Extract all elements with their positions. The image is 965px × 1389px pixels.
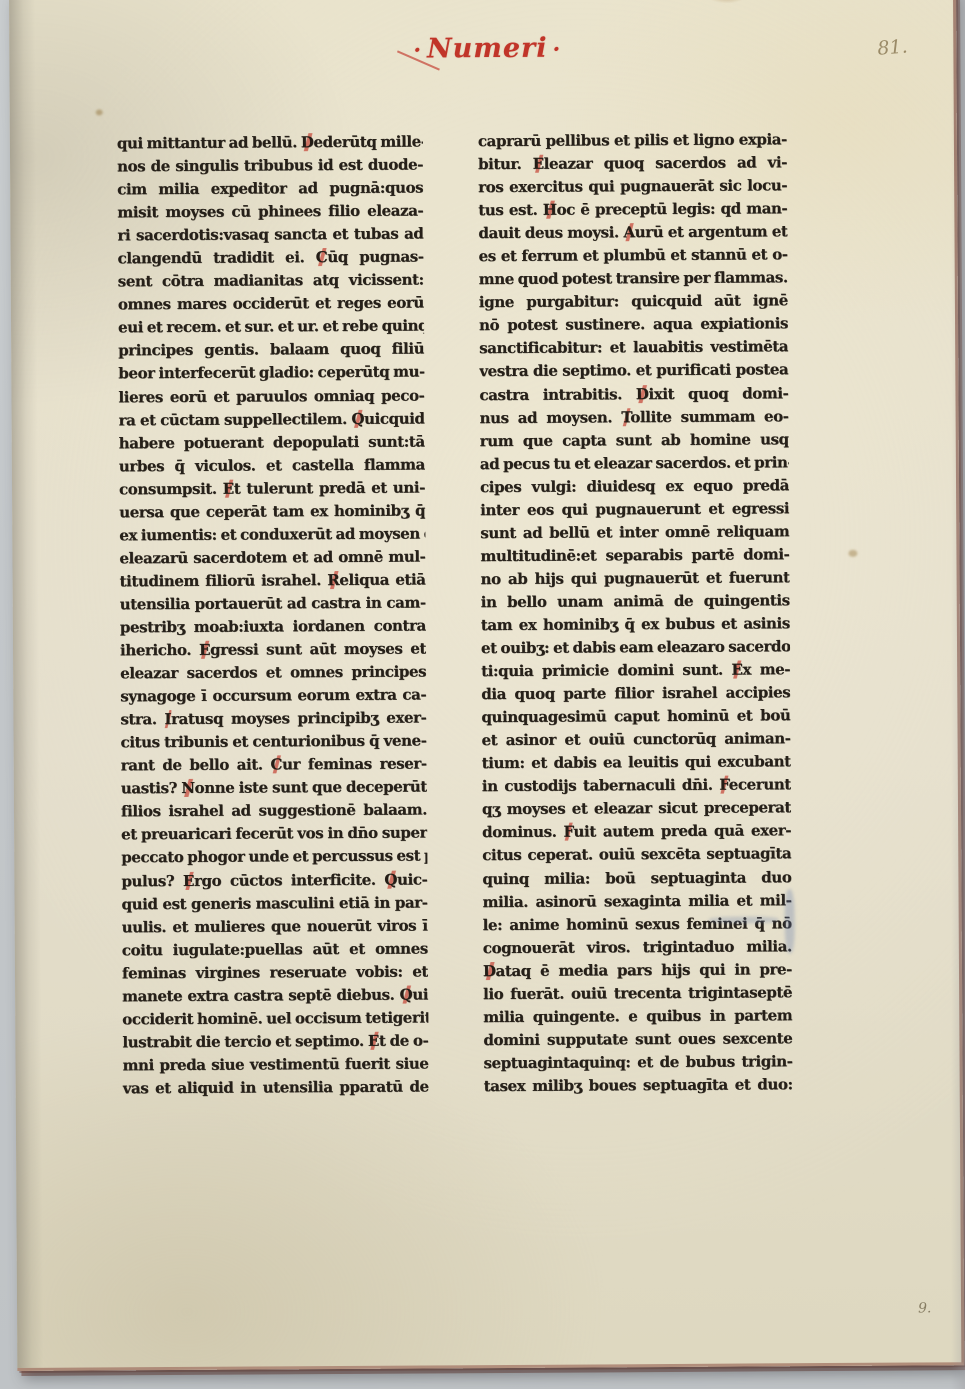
rubricated-initial: Q: [400, 985, 413, 1003]
rubricated-initial: E: [731, 661, 742, 679]
text-line: uersa que ceperāt tam ex hominibʒ q̄: [119, 499, 425, 524]
rubricated-initial: E: [223, 479, 234, 497]
rubricated-initial: D: [483, 962, 496, 980]
text-line: qʒ moyses et eleazar sicut preceperat: [482, 797, 791, 822]
text-line: inter eos qui pugnauerunt et egressi: [480, 497, 789, 522]
text-line: domini supputate sunt oues sexcente: [483, 1027, 792, 1052]
rubricated-initial: E: [183, 871, 194, 889]
text-line: quid est generis masculini etiā in par-: [122, 891, 428, 916]
text-line: pulus? Ergo cūctos interficite. Quic-: [121, 868, 427, 893]
ink-stain: [848, 550, 857, 557]
text-line: pestribʒ moab:iuxta iordanen contra: [120, 614, 426, 639]
text-line: mni preda siue vestimentū fuerit siue: [122, 1052, 428, 1077]
text-line: eleazarū sacerdotem et ad omnē mul-: [119, 545, 425, 570]
text-line: sent cōtra madianitas atq vicissent:: [118, 269, 424, 294]
text-line: et asinor et ouiū cunctorūq animan-: [482, 727, 791, 752]
text-line: consumpsit. Et tulerunt predā et uni-: [119, 476, 425, 501]
text-line: citus ceperat. ouiū sexcēta septuagīta: [482, 843, 791, 868]
text-line: citus tribunis et centurionibus q̄ vene-: [121, 730, 427, 755]
text-line: in custodijs tabernaculi dn̄i. Fecerunt: [482, 774, 791, 799]
text-line: urbes q̄ viculos. et castella flamma: [119, 453, 425, 478]
rubricated-initial: C: [316, 248, 328, 266]
text-line: vestra die septimo. et purificati postea: [479, 359, 788, 384]
rubricated-initial: F: [719, 776, 729, 794]
text-line: igne purgabitur: quicquid aūt ignē: [479, 290, 788, 315]
text-line: rum que capta sunt ab homine usq: [480, 428, 789, 453]
text-line: quinquagesimū caput hominū et boū: [481, 704, 790, 729]
text-line: tus est. Hoc ē preceptū legis: qd man-: [478, 197, 787, 222]
text-line: principes gentis. balaam quoq filiū: [118, 338, 424, 363]
text-line: es et ferrum et plumbū et stannū et o-: [479, 243, 788, 268]
rubricated-initial: I: [164, 710, 171, 728]
text-line: stra. Iratusq moyses principibʒ exer-: [120, 707, 426, 732]
folio-number: 81.: [877, 35, 909, 59]
text-line: lio fuerāt. ouiū trecenta trigintaseptē: [483, 981, 792, 1006]
text-line: rant de bello ait. Cur feminas reser-: [121, 753, 427, 778]
text-line: manete extra castra septē diebus. Qui: [122, 983, 428, 1008]
text-line: mne quod potest transire per flammas.: [479, 267, 788, 292]
text-line: tam ex hominibʒ q̄ ex bubus et asinis: [481, 612, 790, 637]
scanned-manuscript-photo: ·Numeri· 81. qui mittantur ad bellū. Ded…: [0, 0, 965, 1389]
text-line: septuagintaquinq: et de bubus trigin-: [483, 1050, 792, 1075]
rubricated-initial: Q: [351, 409, 364, 427]
text-line: misit moyses cū phinees filio eleaza-: [117, 200, 423, 225]
text-line: ad pecus tu et eleazar sacerdos. et prin…: [480, 451, 789, 476]
text-line: et preuaricari fecerūt vos in dn̄o super: [121, 822, 427, 847]
text-line: nos de singulis tribubus id est duode-: [117, 154, 423, 179]
rubricated-initial: Q: [384, 870, 397, 888]
text-line: beor interfecerūt gladio: ceperūtq mu-: [118, 361, 424, 386]
text-line: filios israhel ad suggestionē balaam.: [121, 799, 427, 824]
ink-stain: [96, 109, 103, 115]
text-line: sunt ad bellū et inter omnē reliquam: [480, 520, 789, 545]
text-line: caprarū pellibus et pilis et ligno expia…: [478, 128, 787, 153]
running-title-text: Numeri: [427, 33, 548, 65]
text-line: ex iumentis: et conduxerūt ad moysen et: [119, 522, 425, 547]
rubricated-initial: H: [543, 201, 557, 219]
rubricated-initial: A: [623, 223, 634, 241]
text-line: bitur. Eleazar quoq sacerdos ad vi-: [478, 151, 787, 176]
text-line: tasex milibʒ boues septuagīta et duo:: [484, 1073, 793, 1098]
rubricated-initial: D: [636, 385, 649, 403]
text-line: le: anime hominū sexus feminei q̄ nō: [483, 912, 792, 937]
rubricated-initial: N: [181, 779, 194, 797]
text-line: cognouerāt viros. trigintaduo milia.: [483, 935, 792, 960]
text-line: milia quingente. e quibus in partem: [483, 1004, 792, 1029]
text-column-right: caprarū pellibus et pilis et ligno expia…: [478, 128, 793, 1100]
text-line: peccato phogor unde et percussus est po-: [121, 845, 427, 870]
running-title: ·Numeri·: [387, 32, 587, 64]
gutter-shadow: [9, 0, 43, 1368]
text-line: nō potest sustinere. aqua expiationis: [479, 313, 788, 338]
text-line: ra et cūctam suppellectilem. Quicquid: [119, 407, 425, 432]
text-line: ros exercitus qui pugnauerāt sic locu-: [478, 174, 787, 199]
text-line: titudinem filiorū israhel. Reliqua etiā: [120, 568, 426, 593]
text-line: ihericho. Egressi sunt aūt moyses et: [120, 637, 426, 662]
text-line: habere potuerant depopulati sunt:tā: [119, 430, 425, 455]
corner-annotation: 9.: [918, 1300, 931, 1316]
text-line: milia. asinorū sexaginta milia et mil-: [482, 889, 791, 914]
rubricated-initial: E: [533, 155, 544, 173]
text-line: qui mittantur ad bellū. Dederūtq mille-: [117, 130, 423, 155]
text-line: uastis? Nonne iste sunt que deceperūt: [121, 776, 427, 801]
mat-edge-shading: [951, 0, 965, 1389]
rubricated-initial: D: [301, 133, 314, 151]
text-line: cipes vulgi: diuidesq ex equo predā: [480, 474, 789, 499]
text-line: eui et recem. et sur. et ur. et rebe qui…: [118, 315, 424, 340]
rubricated-initial: C: [270, 756, 282, 774]
ink-stain: [705, 0, 749, 4]
text-line: coitu iugulate:puellas aūt et omnes: [122, 937, 428, 962]
vellum-leaf: ·Numeri· 81. qui mittantur ad bellū. Ded…: [9, 0, 964, 1371]
text-line: castra intrabitis. Dixit quoq domi-: [479, 382, 788, 407]
text-line: lieres eorū et paruulos omniaq peco-: [118, 384, 424, 409]
text-line: et ouibʒ: et dabis eam eleazaro sacerdo-: [481, 635, 790, 660]
text-line: cim milia expeditor ad pugnā:quos: [117, 177, 423, 202]
rubricated-initial: R: [327, 571, 339, 589]
text-line: no ab hijs qui pugnauerūt et fuerunt: [481, 566, 790, 591]
text-line: uulis. et mulieres que nouerūt viros ī: [122, 914, 428, 939]
text-line: eleazar sacerdos et omnes principes: [120, 661, 426, 686]
text-line: omnes mares occiderūt et reges eorū: [118, 292, 424, 317]
text-line: sanctificabitur: et lauabitis vestimēta: [479, 336, 788, 361]
text-line: nus ad moysen. Tollite summam eo-: [480, 405, 789, 430]
text-line: vas et aliquid in utensilia pparatū de: [123, 1075, 429, 1100]
text-line: lustrabit die tercio et septimo. Et de o…: [122, 1029, 428, 1054]
text-line: Dataq ē media pars hijs qui in pre-: [483, 958, 792, 983]
text-line: feminas virgines reseruate vobis: et: [122, 960, 428, 985]
text-line: utensilia portauerūt ad castra in cam-: [120, 591, 426, 616]
text-column-left: qui mittantur ad bellū. Dederūtq mille-n…: [117, 130, 429, 1102]
text-line: occiderit hominē. uel occisum tetigerit:: [122, 1006, 428, 1031]
text-line: dauit deus moysi. Aurū et argentum et: [478, 220, 787, 245]
rubricated-initial: T: [621, 408, 630, 426]
text-line: dia quoq parte filior israhel accipies: [481, 681, 790, 706]
title-right-dot: ·: [548, 36, 567, 62]
rubricated-initial: E: [368, 1032, 379, 1050]
text-line: ti:quia primicie domini sunt. Ex me-: [481, 658, 790, 683]
text-line: synagoge ī occursum eorum extra ca-: [120, 684, 426, 709]
text-line: clangendū tradidit ei. Cūq pugnas-: [118, 246, 424, 271]
text-line: ri sacerdotis:vasaq sancta et tubas ad: [117, 223, 423, 248]
text-line: tium: et dabis ea leuitis qui excubant: [482, 751, 791, 776]
text-line: quinq milia: boū septuaginta duo: [482, 866, 791, 891]
rubricated-initial: E: [199, 641, 210, 659]
text-line: in bello unam animā de quingentis: [481, 589, 790, 614]
text-line: dominus. Fuit autem preda quā exer-: [482, 820, 791, 845]
rubricated-initial: F: [563, 823, 573, 841]
text-line: multitudinē:et separabis partē domi-: [480, 543, 789, 568]
